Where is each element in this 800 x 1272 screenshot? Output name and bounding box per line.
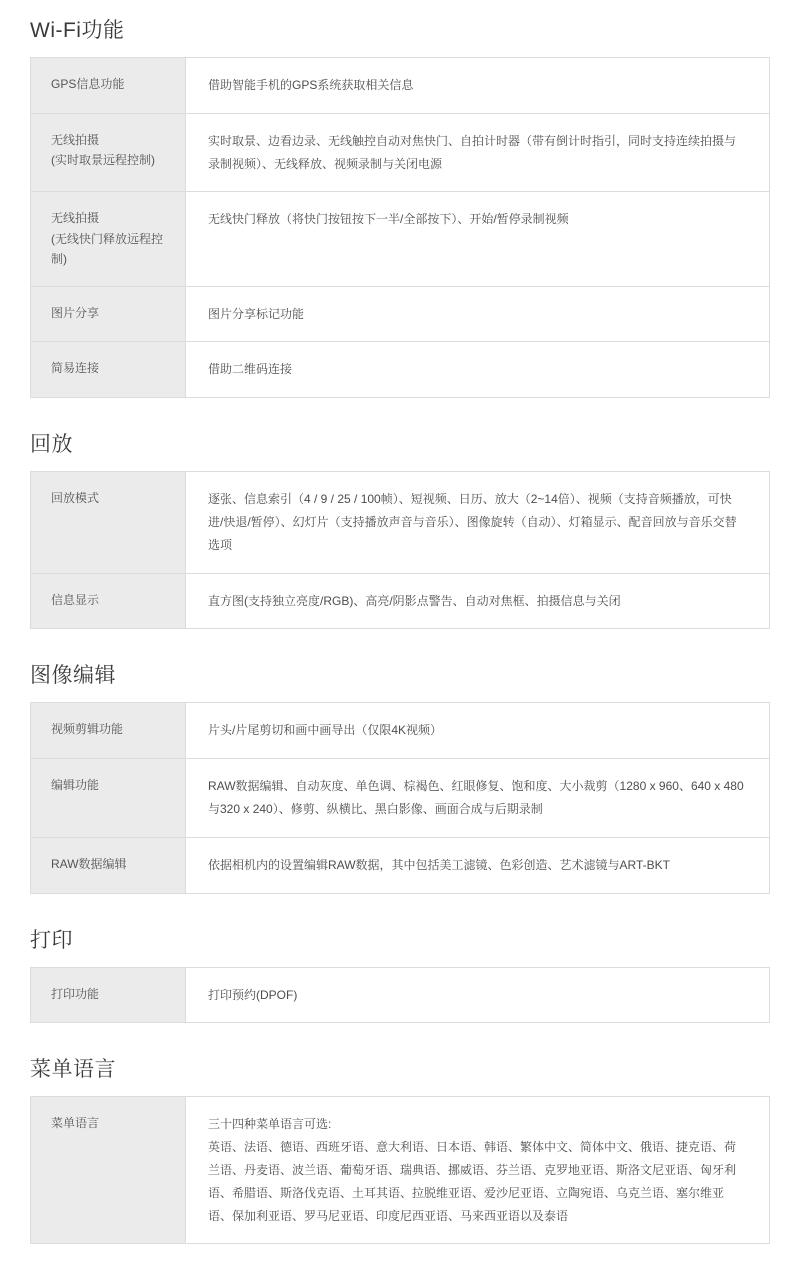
section-title-playback: 回放 xyxy=(30,398,770,458)
spec-label: 回放模式 xyxy=(31,472,186,572)
spec-table-image-edit: 视频剪辑功能 片头/片尾剪切和画中画导出（仅限4K视频） 编辑功能 RAW数据编… xyxy=(30,702,770,893)
table-row: 菜单语言 三十四种菜单语言可选: 英语、法语、德语、西班牙语、意大利语、日本语、… xyxy=(31,1097,769,1243)
section-title-wifi: Wi-Fi功能 xyxy=(30,6,770,44)
spec-value: 直方图(支持独立亮度/RGB)、高亮/阴影点警告、自动对焦框、拍摄信息与关闭 xyxy=(186,574,769,629)
spec-label: 无线拍摄 (无线快门释放远程控制) xyxy=(31,192,186,285)
spec-label: 图片分享 xyxy=(31,287,186,342)
table-row: 简易连接 借助二维码连接 xyxy=(31,341,769,397)
spec-label: 无线拍摄 (实时取景远程控制) xyxy=(31,114,186,192)
spec-value: 逐张、信息索引（4 / 9 / 25 / 100帧）、短视频、日历、放大（2~1… xyxy=(186,472,769,572)
table-row: 信息显示 直方图(支持独立亮度/RGB)、高亮/阴影点警告、自动对焦框、拍摄信息… xyxy=(31,573,769,629)
section-wifi: Wi-Fi功能 GPS信息功能 借助智能手机的GPS系统获取相关信息 无线拍摄 … xyxy=(30,6,770,398)
table-row: 图片分享 图片分享标记功能 xyxy=(31,286,769,342)
spec-label: 视频剪辑功能 xyxy=(31,703,186,758)
spec-value: 借助智能手机的GPS系统获取相关信息 xyxy=(186,58,769,113)
table-row: 编辑功能 RAW数据编辑、自动灰度、单色调、棕褐色、红眼修复、饱和度、大小裁剪（… xyxy=(31,758,769,837)
table-row: GPS信息功能 借助智能手机的GPS系统获取相关信息 xyxy=(31,58,769,113)
spec-table-print: 打印功能 打印预约(DPOF) xyxy=(30,967,770,1024)
table-row: 打印功能 打印预约(DPOF) xyxy=(31,968,769,1023)
spec-label: 打印功能 xyxy=(31,968,186,1023)
spec-page: Wi-Fi功能 GPS信息功能 借助智能手机的GPS系统获取相关信息 无线拍摄 … xyxy=(0,0,800,1272)
section-menu-language: 菜单语言 菜单语言 三十四种菜单语言可选: 英语、法语、德语、西班牙语、意大利语… xyxy=(30,1023,770,1244)
spec-value: 依据相机内的设置编辑RAW数据，其中包括美工滤镜、色彩创造、艺术滤镜与ART-B… xyxy=(186,838,769,893)
spec-value: 借助二维码连接 xyxy=(186,342,769,397)
spec-value: 片头/片尾剪切和画中画导出（仅限4K视频） xyxy=(186,703,769,758)
section-title-print: 打印 xyxy=(30,894,770,954)
spec-table-menu-language: 菜单语言 三十四种菜单语言可选: 英语、法语、德语、西班牙语、意大利语、日本语、… xyxy=(30,1096,770,1244)
spec-value: 无线快门释放（将快门按钮按下一半/全部按下）、开始/暂停录制视频 xyxy=(186,192,769,285)
spec-label: 菜单语言 xyxy=(31,1097,186,1243)
spec-label: 信息显示 xyxy=(31,574,186,629)
spec-table-wifi: GPS信息功能 借助智能手机的GPS系统获取相关信息 无线拍摄 (实时取景远程控… xyxy=(30,57,770,398)
spec-label: GPS信息功能 xyxy=(31,58,186,113)
spec-value: 图片分享标记功能 xyxy=(186,287,769,342)
table-row: 回放模式 逐张、信息索引（4 / 9 / 25 / 100帧）、短视频、日历、放… xyxy=(31,472,769,572)
spec-value: RAW数据编辑、自动灰度、单色调、棕褐色、红眼修复、饱和度、大小裁剪（1280 … xyxy=(186,759,769,837)
spec-table-playback: 回放模式 逐张、信息索引（4 / 9 / 25 / 100帧）、短视频、日历、放… xyxy=(30,471,770,629)
section-print: 打印 打印功能 打印预约(DPOF) xyxy=(30,894,770,1024)
spec-label: 简易连接 xyxy=(31,342,186,397)
spec-label: RAW数据编辑 xyxy=(31,838,186,893)
spec-value: 打印预约(DPOF) xyxy=(186,968,769,1023)
section-image-edit: 图像编辑 视频剪辑功能 片头/片尾剪切和画中画导出（仅限4K视频） 编辑功能 R… xyxy=(30,629,770,893)
table-row: 无线拍摄 (无线快门释放远程控制) 无线快门释放（将快门按钮按下一半/全部按下）… xyxy=(31,191,769,285)
spec-value: 实时取景、边看边录、无线触控自动对焦快门、自拍计时器（带有倒计时指引，同时支持连… xyxy=(186,114,769,192)
spec-label: 编辑功能 xyxy=(31,759,186,837)
section-title-image-edit: 图像编辑 xyxy=(30,629,770,689)
table-row: RAW数据编辑 依据相机内的设置编辑RAW数据，其中包括美工滤镜、色彩创造、艺术… xyxy=(31,837,769,893)
table-row: 视频剪辑功能 片头/片尾剪切和画中画导出（仅限4K视频） xyxy=(31,703,769,758)
table-row: 无线拍摄 (实时取景远程控制) 实时取景、边看边录、无线触控自动对焦快门、自拍计… xyxy=(31,113,769,192)
section-title-menu-language: 菜单语言 xyxy=(30,1023,770,1083)
spec-value: 三十四种菜单语言可选: 英语、法语、德语、西班牙语、意大利语、日本语、韩语、繁体… xyxy=(186,1097,769,1243)
section-playback: 回放 回放模式 逐张、信息索引（4 / 9 / 25 / 100帧）、短视频、日… xyxy=(30,398,770,629)
